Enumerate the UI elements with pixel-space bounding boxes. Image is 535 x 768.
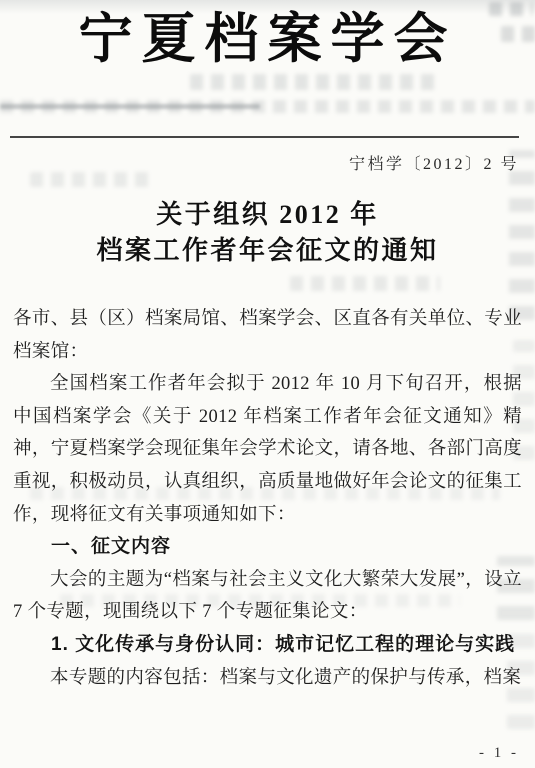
letterhead-org-name: 宁夏档案学会 [0,0,535,73]
intro-paragraph: 全国档案工作者年会拟于 2012 年 10 月下旬召开，根据中国档案学会《关于 … [13,368,522,531]
scan-artifact [30,172,150,187]
scan-artifact [0,104,260,109]
notice-title: 关于组织 2012 年 档案工作者年会征文的通知 [0,197,535,269]
letterhead-divider-rule [10,136,519,138]
document-reference-number: 宁档学〔2012〕2 号 [349,151,519,174]
section-heading-1: 一、征文内容 [13,531,522,564]
scan-artifact [190,74,440,90]
page-number: - 1 - [479,745,519,762]
scanned-document-page: 宁夏档案学会 宁档学〔2012〕2 号 关于组织 2012 年 档案工作者年会征… [0,0,535,768]
notice-title-line2: 档案工作者年会征文的通知 [0,233,535,269]
topic-1-description: 本专题的内容包括：档案与文化遗产的保护与传承，档案 [13,662,522,695]
notice-body: 各市、县（区）档案局馆、档案学会、区直各有关单位、专业档案馆： 全国档案工作者年… [13,303,522,694]
notice-title-line1: 关于组织 2012 年 [0,197,535,233]
topic-1-heading: 1. 文化传承与身份认同：城市记忆工程的理论与实践 [13,629,522,662]
scan-artifact [0,100,535,113]
theme-paragraph: 大会的主题为“档案与社会主义文化大繁荣大发展”，设立 7 个专题，现围绕以下 7… [13,564,522,629]
scan-artifact [290,276,440,291]
salutation-paragraph: 各市、县（区）档案局馆、档案学会、区直各有关单位、专业档案馆： [13,303,522,368]
